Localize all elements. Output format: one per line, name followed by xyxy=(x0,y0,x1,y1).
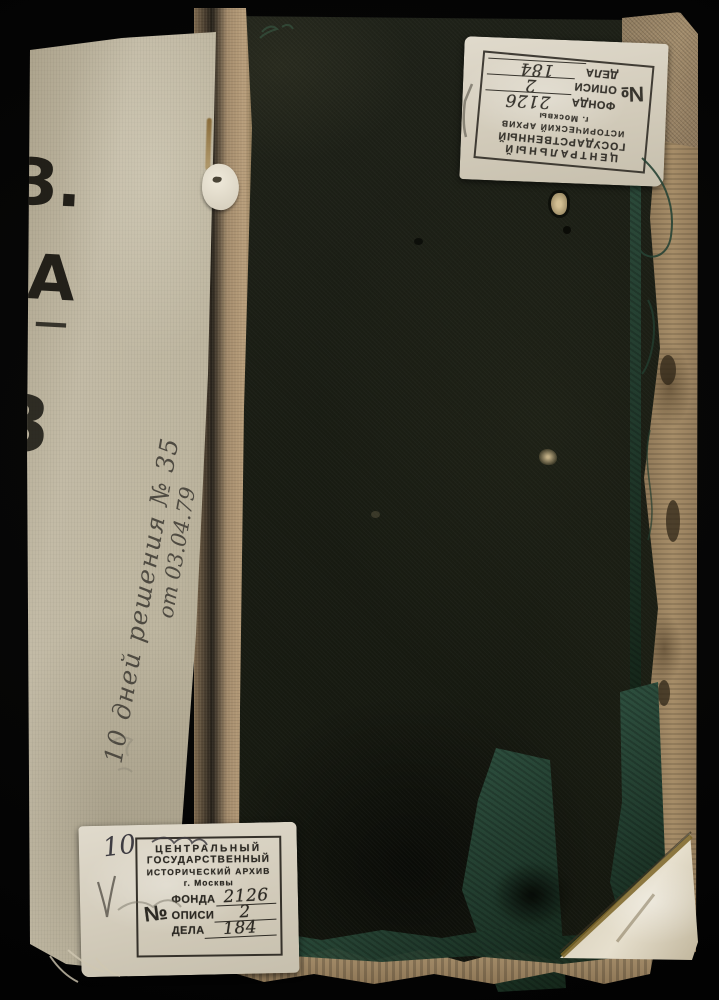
spine-partial-letter: — xyxy=(33,305,69,341)
stamp-field-label: ДЕЛА xyxy=(585,66,619,81)
spine-partial-letter: ВА xyxy=(0,244,77,311)
cover-hole xyxy=(551,193,567,215)
photo-backdrop: З. ВА — З 10 дней решения № 35 от 03.04.… xyxy=(0,0,719,1000)
stamp-field-label: ДЕЛА xyxy=(172,925,205,937)
cover-dark-blotch xyxy=(492,862,572,928)
stamp-fields: № ФОНДА 2126 ОПИСИ 2 ДЕЛА 184 xyxy=(142,889,277,938)
stamp-field-label: ОПИСИ xyxy=(574,80,618,96)
board-gouge xyxy=(658,680,670,706)
archive-label-bottom-left: 10 ЦЕНТРАЛЬНЫЙ ГОСУДАРСТВЕННЫЙ ИСТОРИЧЕС… xyxy=(78,822,299,978)
stamp-field-label: ФОНДА xyxy=(171,893,215,906)
stamp-org-line2: ГОСУДАРСТВЕННЫЙ xyxy=(141,854,275,867)
cover-dark-spot xyxy=(414,238,423,245)
handwritten-number: 10 xyxy=(101,829,138,863)
cover-dark-spot xyxy=(563,226,571,234)
numero-sign: № xyxy=(620,83,644,105)
archive-label-top-right: ЦЕНТРАЛЬНЫЙ ГОСУДАРСТВЕННЫЙ ИСТОРИЧЕСКИЙ… xyxy=(459,36,668,187)
spine-partial-letter: З xyxy=(0,385,51,466)
cover-faint-spot xyxy=(371,511,380,518)
green-cloth-fold xyxy=(630,150,641,710)
archive-stamp-inverted: ЦЕНТРАЛЬНЫЙ ГОСУДАРСТВЕННЫЙ ИСТОРИЧЕСКИЙ… xyxy=(473,50,654,173)
stamp-org-line3: ИСТОРИЧЕСКИЙ АРХИВ xyxy=(142,866,276,878)
spine-partial-letter: З. xyxy=(10,150,83,218)
cover-light-spot xyxy=(539,449,557,465)
board-gouge xyxy=(660,355,676,385)
stamp-field-fond: ФОНДА 2126 xyxy=(171,890,276,906)
stamp-field-delo: ДЕЛА 184 xyxy=(172,921,277,937)
archive-stamp: ЦЕНТРАЛЬНЫЙ ГОСУДАРСТВЕННЫЙ ИСТОРИЧЕСКИЙ… xyxy=(135,836,282,958)
stamp-field-value-handwritten: 184 xyxy=(204,920,276,938)
numero-sign: № xyxy=(143,902,169,926)
stamp-fields: № ФОНДА 2126 ОПИСИ 2 ДЕЛА 184 xyxy=(484,57,648,119)
stamp-field-label: ОПИСИ xyxy=(172,909,215,922)
board-gouge xyxy=(666,500,680,542)
